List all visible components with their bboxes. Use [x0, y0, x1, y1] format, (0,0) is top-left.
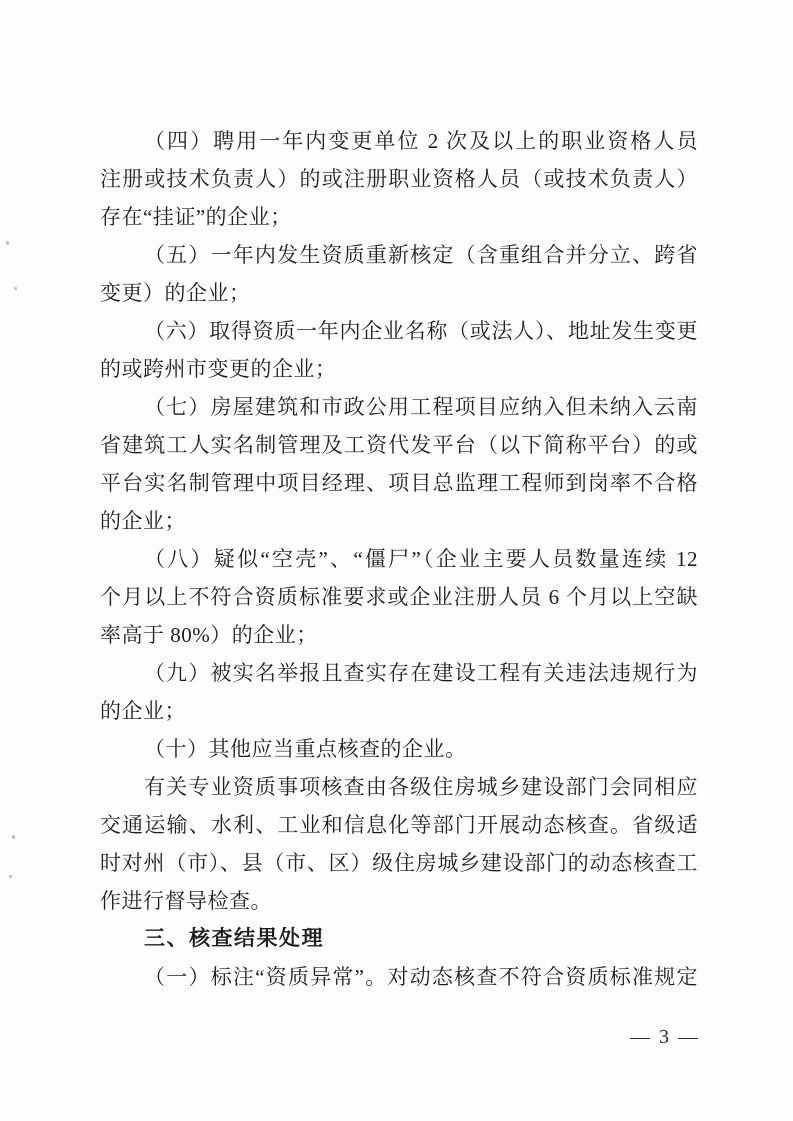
page-number: — 3 —	[610, 1026, 720, 1049]
body-text: （四）聘用一年内变更单位 2 次及以上的职业资格人员（含 注册或技术负责人）的或…	[100, 122, 698, 996]
para-supervision-line-2: 交通运输、水利、工业和信息化等部门开展动态核查。省级适	[100, 806, 698, 844]
scan-speck	[14, 287, 17, 290]
clause-7-line-2: 省建筑工人实名制管理及工资代发平台（以下简称平台）的或	[100, 426, 698, 464]
document-page: （四）聘用一年内变更单位 2 次及以上的职业资格人员（含 注册或技术负责人）的或…	[0, 0, 793, 1121]
clause-7-line-3: 平台实名制管理中项目经理、项目总监理工程师到岗率不合格	[100, 464, 698, 502]
clause-10-line-1: （十）其他应当重点核查的企业。	[100, 730, 698, 768]
clause-7-line-1: （七）房屋建筑和市政公用工程项目应纳入但未纳入云南	[100, 388, 698, 426]
clause-4-line-3: 存在“挂证”的企业；	[100, 198, 698, 236]
clause-6-line-1: （六）取得资质一年内企业名称（或法人）、地址发生变更	[100, 312, 698, 350]
clause-8-line-2: 个月以上不符合资质标准要求或企业注册人员 6 个月以上空缺	[100, 578, 698, 616]
para-supervision-line-1: 有关专业资质事项核查由各级住房城乡建设部门会同相应	[100, 768, 698, 806]
clause-6-line-2: 的或跨州市变更的企业；	[100, 350, 698, 388]
para-supervision-line-3: 时对州（市）、县（市、区）级住房城乡建设部门的动态核查工	[100, 844, 698, 882]
scan-speck	[6, 241, 9, 245]
para-supervision-line-4: 作进行督导检查。	[100, 882, 698, 920]
section-heading-result-handling: 三、核查结果处理	[100, 920, 698, 958]
clause-9-line-2: 的企业；	[100, 692, 698, 730]
clause-5-line-2: 变更）的企业；	[100, 274, 698, 312]
scan-speck	[9, 875, 12, 878]
clause-8-line-3: 率高于 80%）的企业；	[100, 616, 698, 654]
clause-4-line-1: （四）聘用一年内变更单位 2 次及以上的职业资格人员（含	[100, 122, 698, 160]
scan-speck	[12, 835, 15, 839]
clause-9-line-1: （九）被实名举报且查实存在建设工程有关违法违规行为	[100, 654, 698, 692]
clause-8-line-1: （八）疑似“空壳”、“僵尸”（企业主要人员数量连续 12	[100, 540, 698, 578]
clause-4-line-2: 注册或技术负责人）的或注册职业资格人员（或技术负责人）	[100, 160, 698, 198]
clause-7-line-4: 的企业；	[100, 502, 698, 540]
clause-result-1-line-1: （一）标注“资质异常”。对动态核查不符合资质标准规定	[100, 958, 698, 996]
clause-5-line-1: （五）一年内发生资质重新核定（含重组合并分立、跨省	[100, 236, 698, 274]
